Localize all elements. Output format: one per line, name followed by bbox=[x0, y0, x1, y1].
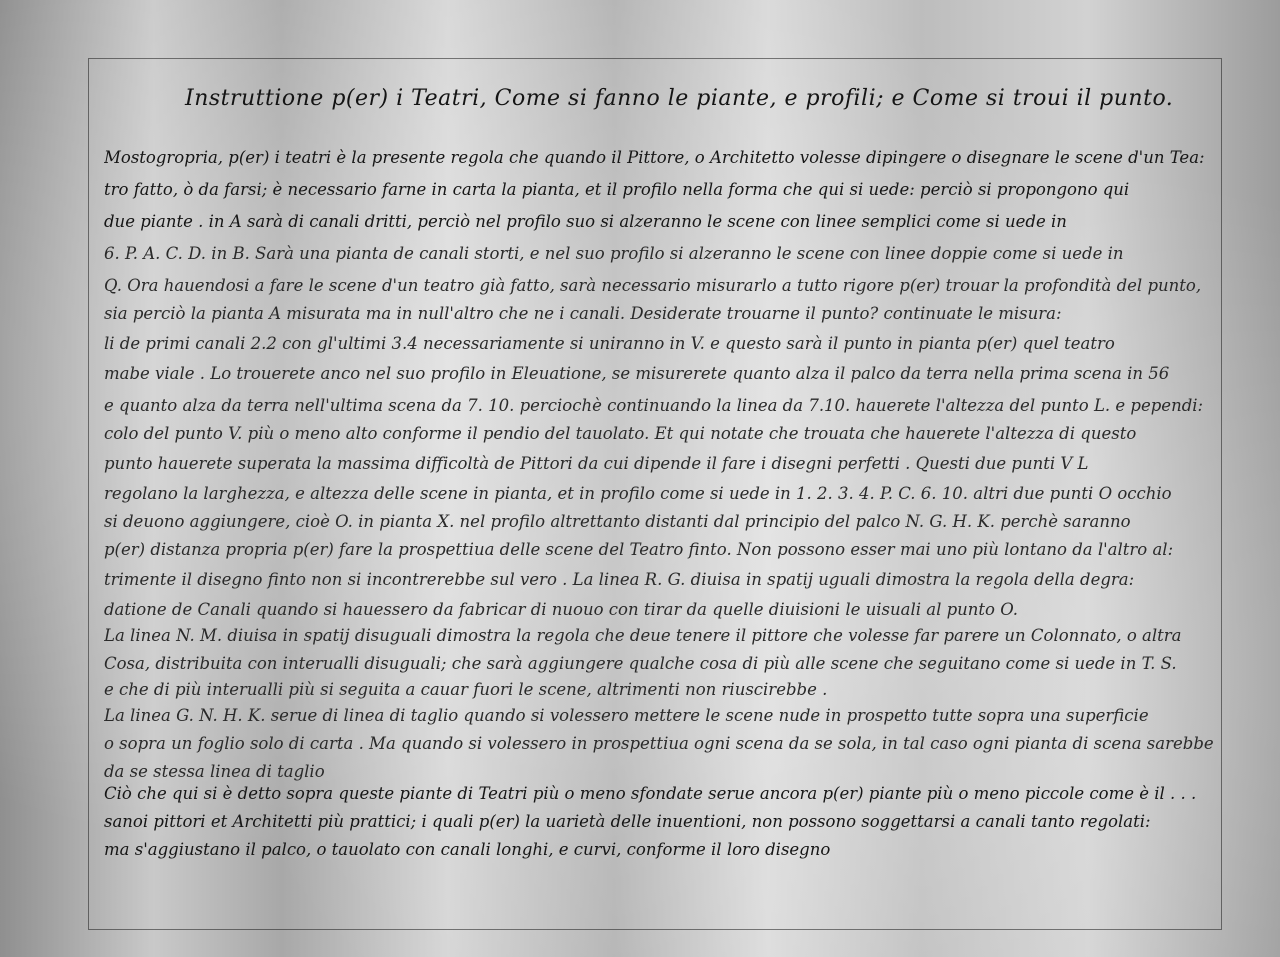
text-line: due piante . in A sarà di canali dritti,… bbox=[104, 212, 1220, 231]
text-line: colo del punto V. più o meno alto confor… bbox=[104, 424, 1220, 443]
text-line: sia perciò la pianta A misurata ma in nu… bbox=[104, 304, 1220, 323]
text-line: datione de Canali quando si hauessero da… bbox=[104, 600, 1220, 619]
text-line: Q. Ora hauendosi a fare le scene d'un te… bbox=[104, 276, 1220, 295]
text-line: Mostogropria, p(er) i teatri è la presen… bbox=[104, 148, 1220, 167]
text-line: e che di più interualli più si seguita a… bbox=[104, 680, 1220, 699]
text-line: o sopra un foglio solo di carta . Ma qua… bbox=[104, 734, 1220, 753]
text-line: si deuono aggiungere, cioè O. in pianta … bbox=[104, 512, 1220, 531]
text-line: e quanto alza da terra nell'ultima scena… bbox=[104, 396, 1220, 415]
text-line: La linea N. M. diuisa in spatij disugual… bbox=[104, 626, 1220, 645]
text-line: La linea G. N. H. K. serue di linea di t… bbox=[104, 706, 1220, 725]
text-line: sanoi pittori et Architetti più prattici… bbox=[104, 812, 1220, 831]
text-line: Cosa, distribuita con interualli disugua… bbox=[104, 654, 1220, 673]
text-line: da se stessa linea di taglio bbox=[104, 762, 1220, 781]
text-line: tro fatto, ò da farsi; è necessario farn… bbox=[104, 180, 1220, 199]
text-line: li de primi canali 2.2 con gl'ultimi 3.4… bbox=[104, 334, 1220, 353]
text-line: mabe viale . Lo trouerete anco nel suo p… bbox=[104, 364, 1220, 383]
text-line: punto hauerete superata la massima diffi… bbox=[104, 454, 1220, 473]
text-line: Ciò che qui si è detto sopra queste pian… bbox=[104, 784, 1220, 803]
page-title: Instruttione p(er) i Teatri, Come si fan… bbox=[185, 86, 1045, 111]
text-line: ma s'aggiustano il palco, o tauolato con… bbox=[104, 840, 1220, 859]
text-line: trimente il disegno finto non si incontr… bbox=[104, 570, 1220, 589]
text-line: p(er) distanza propria p(er) fare la pro… bbox=[104, 540, 1220, 559]
text-line: regolano la larghezza, e altezza delle s… bbox=[104, 484, 1220, 503]
text-line: 6. P. A. C. D. in B. Sarà una pianta de … bbox=[104, 244, 1220, 263]
